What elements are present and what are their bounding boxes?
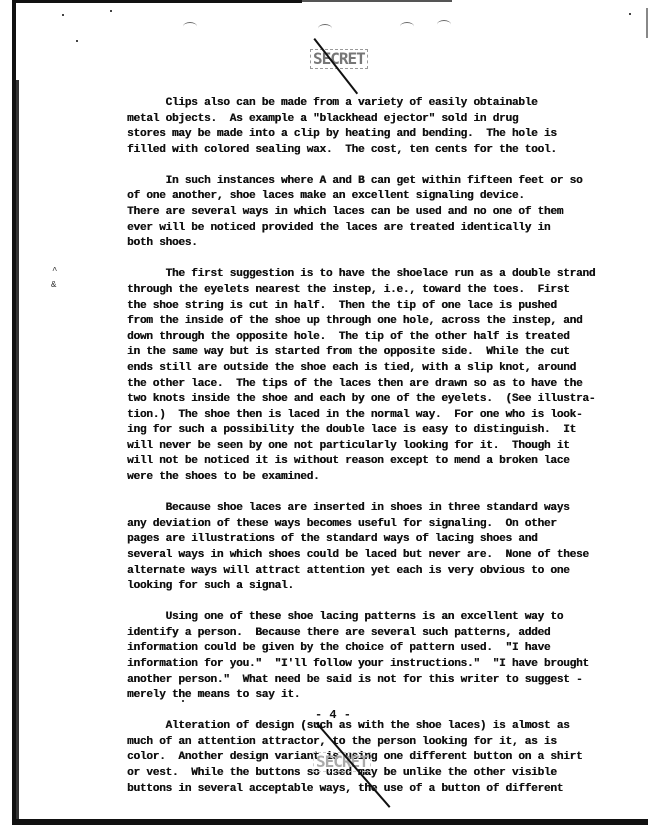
- scan-border-left-inner: [16, 80, 19, 820]
- document-body: Clips also can be made from a variety of…: [127, 96, 597, 797]
- page-number: - 4 -: [315, 708, 351, 722]
- paragraph-standard-ways: Because shoe laces are inserted in shoes…: [127, 501, 597, 595]
- paragraph-double-strand: The first suggestion is to have the shoe…: [127, 267, 597, 485]
- scan-border-bottom: [12, 819, 648, 825]
- paragraph-identify-person: Using one of these shoe lacing patterns …: [127, 610, 597, 704]
- scan-border-top: [12, 0, 302, 3]
- classification-stamp-bottom: SECRET: [313, 752, 371, 772]
- scan-artifact: [183, 22, 197, 31]
- margin-mark: ^: [52, 266, 57, 276]
- paragraph-shoe-laces-intro: In such instances where A and B can get …: [127, 174, 597, 252]
- classification-stamp-top: SECRET: [310, 49, 368, 69]
- scan-artifact: [437, 20, 451, 29]
- scan-artifact: [400, 22, 414, 31]
- scan-artifact: [76, 40, 78, 42]
- margin-mark: &: [51, 280, 56, 290]
- scan-artifact: [318, 24, 332, 33]
- scan-artifact: [62, 14, 64, 16]
- scan-border-top-faint: [302, 0, 452, 2]
- paragraph-clips: Clips also can be made from a variety of…: [127, 96, 597, 158]
- scan-artifact: [110, 10, 112, 12]
- scan-artifact: [629, 13, 631, 15]
